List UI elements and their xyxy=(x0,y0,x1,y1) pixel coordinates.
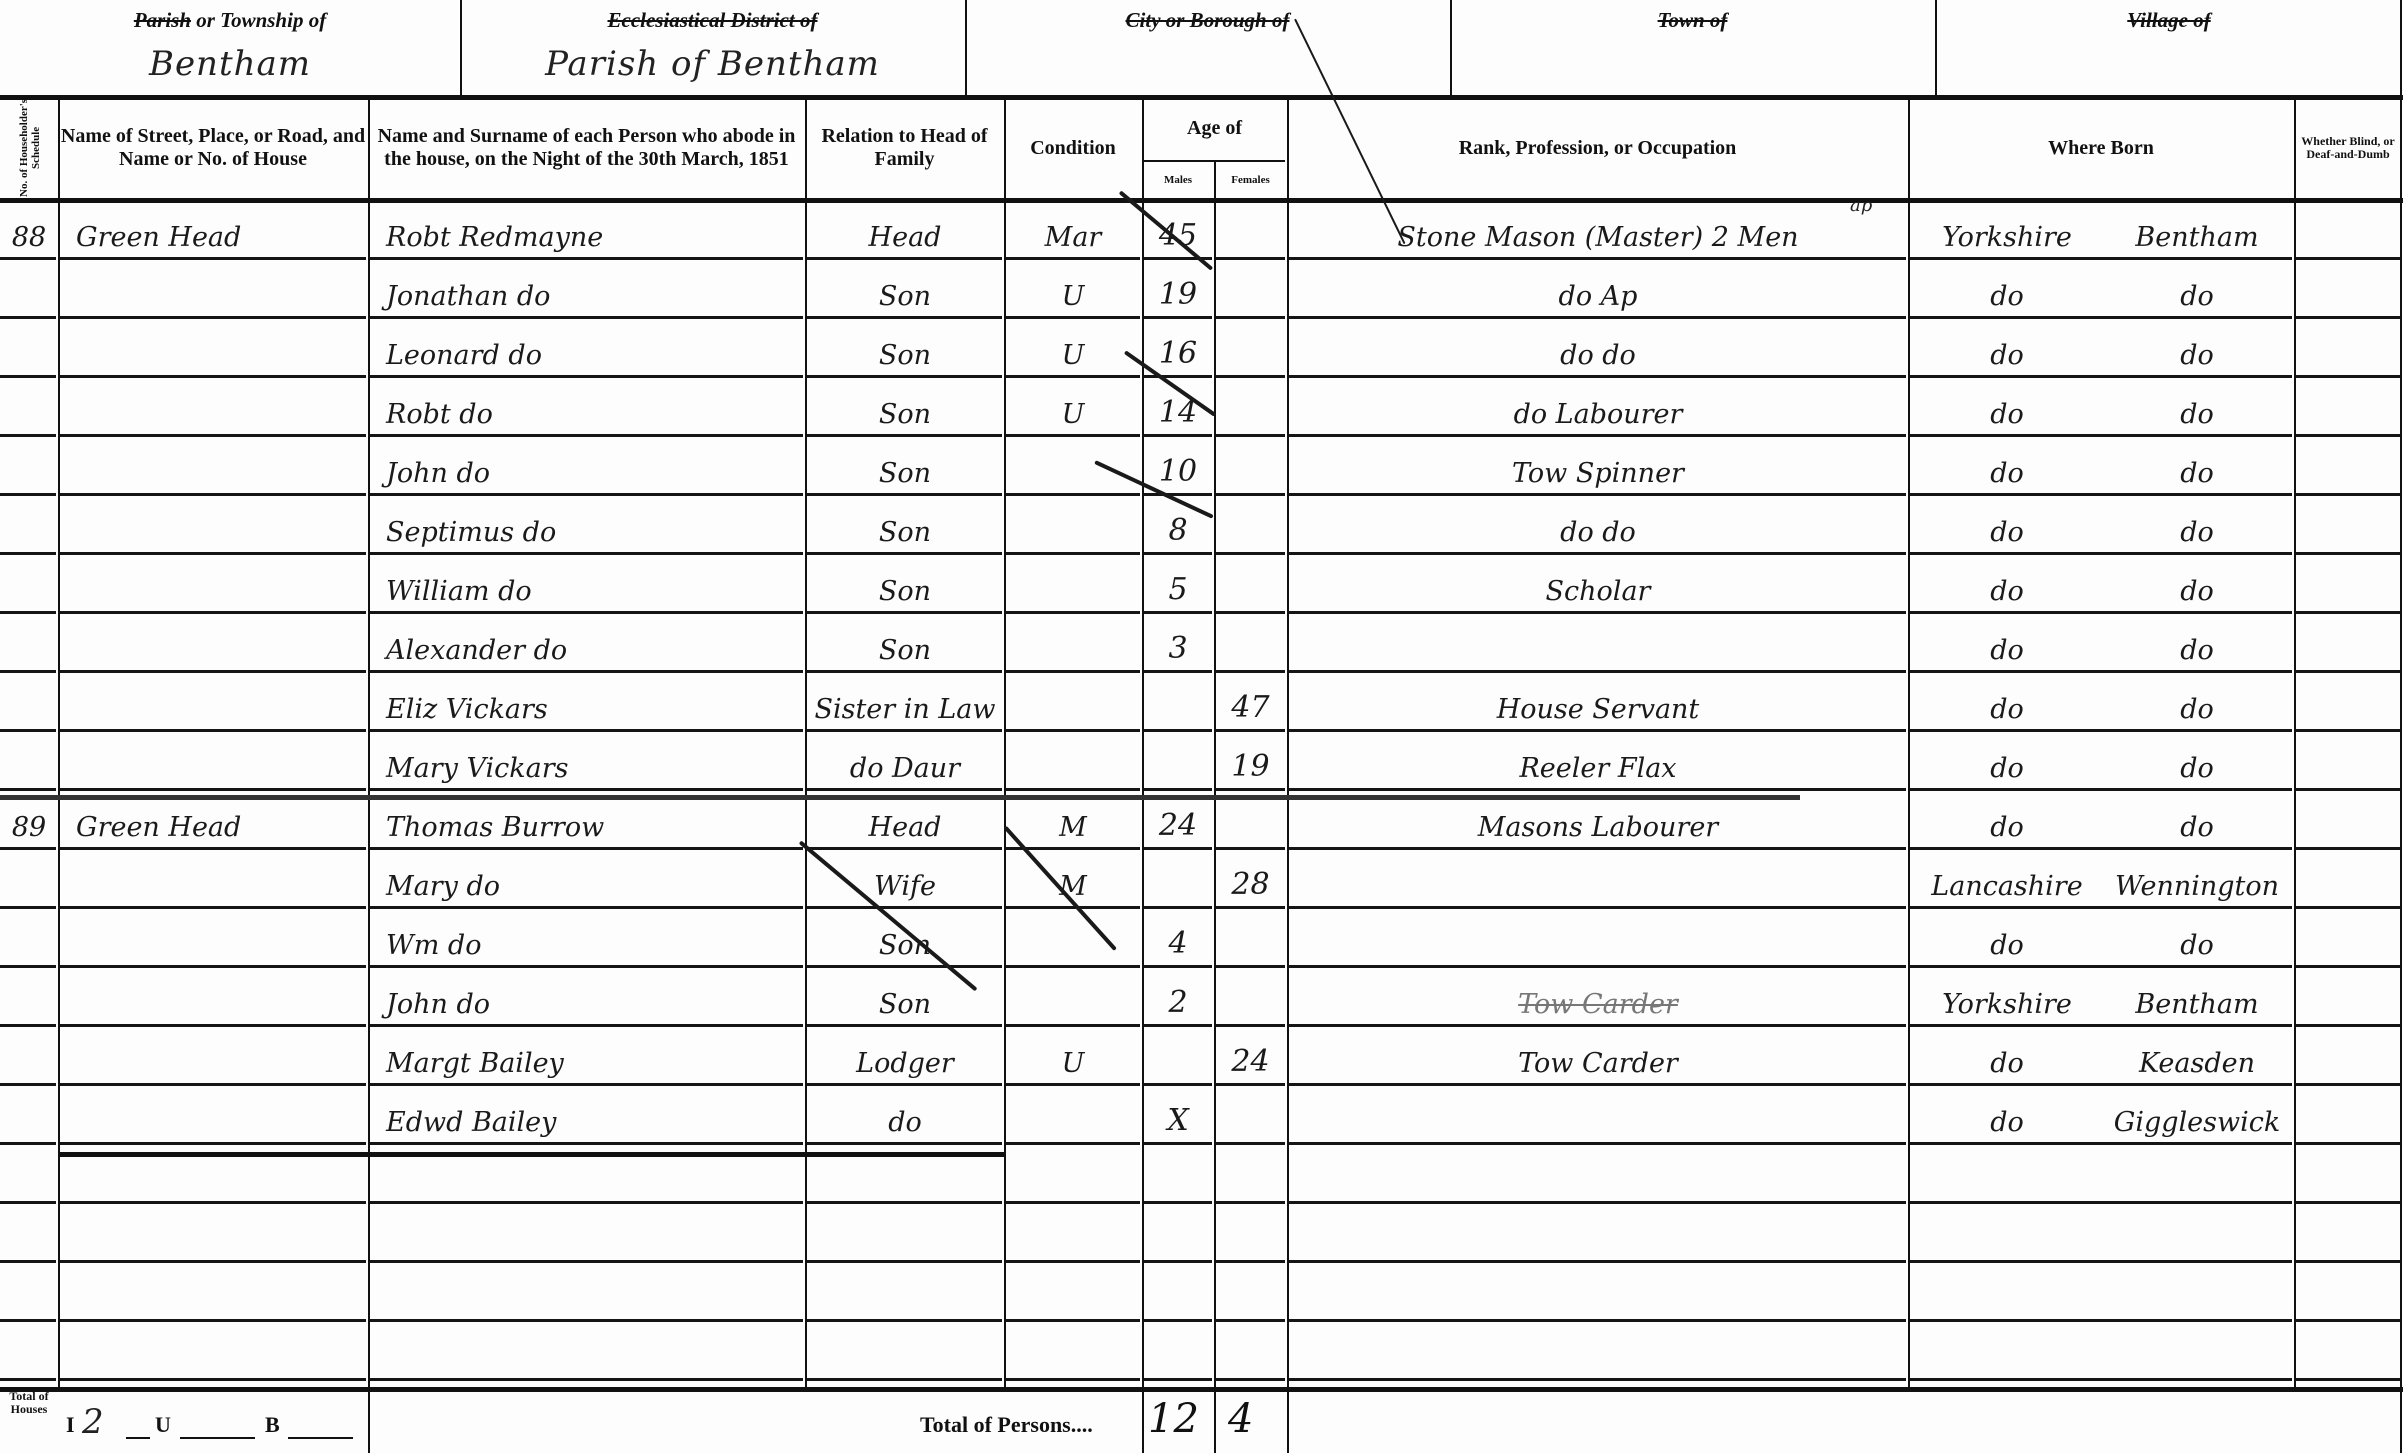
row-rule xyxy=(1144,906,1212,909)
age-female-cell xyxy=(1216,380,1285,434)
person-name-cell xyxy=(372,1265,803,1319)
occupation-cell: do Labourer xyxy=(1290,380,1906,434)
row-rule xyxy=(60,434,366,437)
table-row: 88Green HeadRobt RedmayneHeadMar45Stone … xyxy=(0,203,2403,260)
row-rule xyxy=(1216,965,1285,968)
row-rule xyxy=(1289,1378,1906,1381)
row-rule xyxy=(2296,729,2400,732)
row-rule xyxy=(1216,1260,1285,1263)
row-rule xyxy=(807,906,1002,909)
header-age-males: Males xyxy=(1144,162,1212,198)
row-rule xyxy=(2296,965,2400,968)
row-rule xyxy=(0,847,56,850)
row-rule xyxy=(1216,375,1285,378)
row-rule xyxy=(807,729,1002,732)
condition-cell: Mar xyxy=(1006,203,1140,257)
relation-cell: Son xyxy=(808,970,1002,1024)
street-cell xyxy=(62,1029,366,1083)
blind-cell xyxy=(2296,1147,2398,1201)
row-rule xyxy=(370,493,803,496)
person-name-cell: Robt Redmayne xyxy=(372,203,803,257)
district-label: City or Borough of xyxy=(965,8,1450,33)
row-rule xyxy=(370,1142,803,1145)
born-place-cell: do xyxy=(2102,557,2292,611)
inhabited-value: 2 xyxy=(82,1402,104,1442)
row-rule xyxy=(0,316,56,319)
relation-cell: Head xyxy=(808,793,1002,847)
divider xyxy=(1450,0,1452,95)
row-rule xyxy=(0,1319,56,1322)
row-rule xyxy=(370,847,803,850)
district-value: Parish of Bentham xyxy=(460,44,965,84)
row-rule xyxy=(370,1083,803,1086)
age-female-cell xyxy=(1216,616,1285,670)
row-rule xyxy=(370,434,803,437)
row-rule xyxy=(1144,965,1212,968)
row-rule xyxy=(1006,1201,1140,1204)
row-rule xyxy=(1216,788,1285,791)
header-age-females: Females xyxy=(1216,162,1285,198)
born-place-cell: do xyxy=(2102,262,2292,316)
row-rule xyxy=(370,1319,803,1322)
age-male-cell: 10 xyxy=(1144,439,1212,493)
schedule-no-cell xyxy=(2,1029,56,1083)
age-female-cell xyxy=(1216,262,1285,316)
condition-cell xyxy=(1006,734,1140,788)
row-rule xyxy=(1216,1378,1285,1381)
row-rule xyxy=(1910,670,2292,673)
age-female-cell xyxy=(1216,970,1285,1024)
row-rule xyxy=(370,316,803,319)
age-male-cell: 4 xyxy=(1144,911,1212,965)
row-rule xyxy=(1144,670,1212,673)
person-name-cell: Septimus do xyxy=(372,498,803,552)
header-schedule-no: No. of Householder's Schedule xyxy=(2,98,58,198)
row-rule xyxy=(1289,493,1906,496)
table-row xyxy=(0,1324,2403,1381)
row-rule xyxy=(1910,847,2292,850)
born-county-cell xyxy=(1912,1324,2102,1378)
row-rule xyxy=(1910,493,2292,496)
age-male-cell: 5 xyxy=(1144,557,1212,611)
schedule-no-cell: 89 xyxy=(2,793,56,847)
row-rule xyxy=(1144,1201,1212,1204)
row-rule xyxy=(1216,906,1285,909)
age-female-cell xyxy=(1216,439,1285,493)
street-cell xyxy=(62,1324,366,1378)
blind-cell xyxy=(2296,498,2398,552)
condition-cell xyxy=(1006,616,1140,670)
person-name-cell: Edwd Bailey xyxy=(372,1088,803,1142)
street-cell xyxy=(62,734,366,788)
row-rule xyxy=(2296,552,2400,555)
row-rule xyxy=(1289,729,1906,732)
row-rule xyxy=(0,1142,56,1145)
row-rule xyxy=(1216,552,1285,555)
blind-cell xyxy=(2296,911,2398,965)
row-rule xyxy=(807,316,1002,319)
row-rule xyxy=(1910,1142,2292,1145)
table-row xyxy=(0,1265,2403,1322)
schedule-no-cell xyxy=(2,498,56,552)
born-place-cell: do xyxy=(2102,616,2292,670)
age-male-cell: 2 xyxy=(1144,970,1212,1024)
row-rule xyxy=(1910,1260,2292,1263)
row-rule xyxy=(2296,611,2400,614)
row-rule xyxy=(1910,1201,2292,1204)
total-houses-label: Total of Houses xyxy=(2,1390,56,1416)
age-male-cell xyxy=(1144,1265,1212,1319)
born-county-cell: do xyxy=(1912,675,2102,729)
row-rule xyxy=(1910,729,2292,732)
condition-cell: M xyxy=(1006,852,1140,906)
row-rule xyxy=(1216,1319,1285,1322)
blind-cell xyxy=(2296,734,2398,788)
age-female-cell xyxy=(1216,1324,1285,1378)
district-label: Town of xyxy=(1450,8,1935,33)
born-place-cell xyxy=(2102,1265,2292,1319)
occupation-cell: do do xyxy=(1290,321,1906,375)
district-borough: City or Borough of xyxy=(965,0,1450,100)
relation-cell: Son xyxy=(808,321,1002,375)
age-male-cell: 45 xyxy=(1144,203,1212,257)
blind-cell xyxy=(2296,1029,2398,1083)
row-rule xyxy=(807,670,1002,673)
row-rule xyxy=(60,316,366,319)
row-rule xyxy=(2296,847,2400,850)
born-county-cell: do xyxy=(1912,380,2102,434)
row-rule xyxy=(1216,434,1285,437)
row-rule xyxy=(370,1260,803,1263)
born-place-cell: do xyxy=(2102,498,2292,552)
schedule-no-cell xyxy=(2,1265,56,1319)
schedule-no-cell xyxy=(2,439,56,493)
condition-cell xyxy=(1006,498,1140,552)
born-place-cell: Bentham xyxy=(2102,203,2292,257)
row-rule xyxy=(2296,906,2400,909)
row-rule xyxy=(1006,1142,1140,1145)
person-name-cell xyxy=(372,1324,803,1378)
row-rule xyxy=(1144,1083,1212,1086)
district-label: Ecclesiastical District of xyxy=(460,8,965,33)
row-rule xyxy=(1144,434,1212,437)
row-rule xyxy=(1289,375,1906,378)
row-rule xyxy=(1910,257,2292,260)
occupation-cell xyxy=(1290,852,1906,906)
person-name-cell: Leonard do xyxy=(372,321,803,375)
blind-cell xyxy=(2296,1088,2398,1142)
district-town: Town of xyxy=(1450,0,1935,100)
street-cell xyxy=(62,852,366,906)
born-place-cell: do xyxy=(2102,439,2292,493)
row-rule xyxy=(60,965,366,968)
row-rule xyxy=(807,1142,1002,1145)
street-cell xyxy=(62,616,366,670)
age-female-cell xyxy=(1216,203,1285,257)
age-male-cell: 24 xyxy=(1144,793,1212,847)
occupation-cell: Masons Labourer xyxy=(1290,793,1906,847)
born-place-cell xyxy=(2102,1324,2292,1378)
person-name-cell: Alexander do xyxy=(372,616,803,670)
row-rule xyxy=(370,906,803,909)
row-rule xyxy=(807,434,1002,437)
row-rule xyxy=(1216,493,1285,496)
born-place-cell: Keasden xyxy=(2102,1029,2292,1083)
table-row: Edwd BaileydoXdoGiggleswick xyxy=(0,1088,2403,1145)
row-rule xyxy=(1910,906,2292,909)
row-rule xyxy=(1006,257,1140,260)
total-persons-label: Total of Persons.... xyxy=(920,1412,1093,1438)
relation-cell: Son xyxy=(808,439,1002,493)
age-male-cell: 19 xyxy=(1144,262,1212,316)
row-rule xyxy=(0,611,56,614)
row-rule xyxy=(370,257,803,260)
row-rule xyxy=(1216,847,1285,850)
row-rule xyxy=(0,788,56,791)
age-male-cell xyxy=(1144,1029,1212,1083)
header-condition: Condition xyxy=(1006,98,1140,198)
street-cell xyxy=(62,439,366,493)
born-county-cell: Yorkshire xyxy=(1912,970,2102,1024)
row-rule xyxy=(0,670,56,673)
age-female-cell xyxy=(1216,793,1285,847)
born-place-cell: do xyxy=(2102,675,2292,729)
row-rule xyxy=(60,611,366,614)
row-rule xyxy=(1144,1024,1212,1027)
divider xyxy=(1935,0,1937,95)
table-row: Eliz VickarsSister in Law47House Servant… xyxy=(0,675,2403,732)
row-rule xyxy=(0,552,56,555)
person-name-cell: Mary do xyxy=(372,852,803,906)
household-separator xyxy=(0,795,1800,800)
row-rule xyxy=(1289,847,1906,850)
total-females: 4 xyxy=(1228,1396,1253,1442)
row-rule xyxy=(807,788,1002,791)
schedule-no-cell xyxy=(2,675,56,729)
row-rule xyxy=(807,847,1002,850)
totals-rule xyxy=(0,1387,2403,1392)
row-rule xyxy=(60,1024,366,1027)
row-rule xyxy=(60,729,366,732)
blind-cell xyxy=(2296,1324,2398,1378)
table-row: William doSon5Scholardodo xyxy=(0,557,2403,614)
row-rule xyxy=(370,729,803,732)
header-occupation: Rank, Profession, or Occupation xyxy=(1289,98,1906,198)
occupation-cell: do do xyxy=(1290,498,1906,552)
row-rule xyxy=(1289,257,1906,260)
blind-cell xyxy=(2296,380,2398,434)
born-place-cell: Wennington xyxy=(2102,852,2292,906)
street-cell xyxy=(62,1265,366,1319)
blind-cell xyxy=(2296,852,2398,906)
row-rule xyxy=(370,788,803,791)
condition-cell: U xyxy=(1006,1029,1140,1083)
row-rule xyxy=(807,257,1002,260)
row-rule xyxy=(1216,316,1285,319)
row-rule xyxy=(60,670,366,673)
row-rule xyxy=(370,670,803,673)
person-name-cell: William do xyxy=(372,557,803,611)
street-cell xyxy=(62,380,366,434)
row-rule xyxy=(1144,729,1212,732)
district-ecclesiastical: Ecclesiastical District of Parish of Ben… xyxy=(460,0,965,100)
row-rule xyxy=(1144,552,1212,555)
row-rule xyxy=(0,1260,56,1263)
row-rule xyxy=(1006,611,1140,614)
row-rule xyxy=(1289,788,1906,791)
schedule-no-cell xyxy=(2,1206,56,1260)
age-male-cell xyxy=(1144,1147,1212,1201)
person-name-cell: John do xyxy=(372,970,803,1024)
relation-cell: Son xyxy=(808,616,1002,670)
row-rule xyxy=(370,611,803,614)
row-rule xyxy=(1910,552,2292,555)
condition-cell xyxy=(1006,970,1140,1024)
age-female-cell xyxy=(1216,498,1285,552)
street-cell xyxy=(62,970,366,1024)
row-rule xyxy=(1006,375,1140,378)
row-rule xyxy=(1910,375,2292,378)
table-row: Septimus doSon8do dododo xyxy=(0,498,2403,555)
relation-cell: Son xyxy=(808,911,1002,965)
person-name-cell: Eliz Vickars xyxy=(372,675,803,729)
row-rule xyxy=(60,1260,366,1263)
born-county-cell: Lancashire xyxy=(1912,852,2102,906)
occupation-cell xyxy=(1290,1147,1906,1201)
header-name: Name and Surname of each Person who abod… xyxy=(370,98,803,198)
street-cell: Green Head xyxy=(62,793,366,847)
row-rule xyxy=(60,1083,366,1086)
row-rule xyxy=(60,552,366,555)
inhabited-prefix: I xyxy=(66,1412,75,1438)
row-rule xyxy=(1006,316,1140,319)
occupation-cell: Scholar xyxy=(1290,557,1906,611)
born-county-cell: do xyxy=(1912,616,2102,670)
row-rule xyxy=(1216,729,1285,732)
age-female-cell: 47 xyxy=(1216,675,1285,729)
condition-cell xyxy=(1006,1088,1140,1142)
occupation-cell: Reeler Flax xyxy=(1290,734,1906,788)
row-rule xyxy=(1910,1319,2292,1322)
row-rule xyxy=(1006,729,1140,732)
row-rule xyxy=(1216,1201,1285,1204)
age-female-cell xyxy=(1216,1265,1285,1319)
row-rule xyxy=(1144,611,1212,614)
table-row: John doSon10Tow Spinnerdodo xyxy=(0,439,2403,496)
condition-cell: M xyxy=(1006,793,1140,847)
born-place-cell xyxy=(2102,1206,2292,1260)
street-cell xyxy=(62,675,366,729)
district-label: Village of xyxy=(1935,8,2403,33)
born-county-cell xyxy=(1912,1206,2102,1260)
row-rule xyxy=(1910,611,2292,614)
street-cell xyxy=(62,498,366,552)
row-rule xyxy=(1289,965,1906,968)
relation-cell: do Daur xyxy=(808,734,1002,788)
row-rule xyxy=(1289,670,1906,673)
row-rule xyxy=(2296,1378,2400,1381)
row-rule xyxy=(1910,316,2292,319)
occupation-cell: Tow Spinner xyxy=(1290,439,1906,493)
district-parish: Parish or Township of Bentham xyxy=(0,0,460,100)
row-rule xyxy=(807,611,1002,614)
relation-cell: do xyxy=(808,1088,1002,1142)
blind-cell xyxy=(2296,203,2398,257)
age-female-cell: 24 xyxy=(1216,1029,1285,1083)
born-county-cell: do xyxy=(1912,321,2102,375)
table-row: Margt BaileyLodgerU24Tow CarderdoKeasden xyxy=(0,1029,2403,1086)
divider xyxy=(460,0,462,95)
relation-cell: Head xyxy=(808,203,1002,257)
row-rule xyxy=(370,552,803,555)
household-end-line xyxy=(60,1152,1005,1157)
schedule-no-cell xyxy=(2,911,56,965)
age-female-cell xyxy=(1216,1088,1285,1142)
blind-cell xyxy=(2296,793,2398,847)
occupation-cell xyxy=(1290,1088,1906,1142)
age-male-cell xyxy=(1144,675,1212,729)
relation-cell: Son xyxy=(808,262,1002,316)
schedule-no-cell xyxy=(2,616,56,670)
person-name-cell: Jonathan do xyxy=(372,262,803,316)
blind-cell xyxy=(2296,970,2398,1024)
header-where-born: Where Born xyxy=(1910,98,2292,198)
row-rule xyxy=(60,1319,366,1322)
occupation-cell xyxy=(1290,1206,1906,1260)
row-rule xyxy=(2296,1260,2400,1263)
table-row: Mary Vickarsdo Daur19Reeler Flaxdodo xyxy=(0,734,2403,791)
row-rule xyxy=(1910,1083,2292,1086)
occupation-cell xyxy=(1290,616,1906,670)
relation-cell xyxy=(808,1206,1002,1260)
age-male-cell: 16 xyxy=(1144,321,1212,375)
table-row: Jonathan doSonU19do Apdodo xyxy=(0,262,2403,319)
age-male-cell: X xyxy=(1144,1088,1212,1142)
row-rule xyxy=(1289,1142,1906,1145)
age-female-cell xyxy=(1216,557,1285,611)
row-rule xyxy=(2296,316,2400,319)
row-rule xyxy=(0,1201,56,1204)
row-rule xyxy=(1006,670,1140,673)
age-female-cell: 19 xyxy=(1216,734,1285,788)
row-rule xyxy=(1289,1083,1906,1086)
born-place-cell: Giggleswick xyxy=(2102,1088,2292,1142)
row-rule xyxy=(60,847,366,850)
table-row: 89Green HeadThomas BurrowHeadM24Masons L… xyxy=(0,793,2403,850)
row-rule xyxy=(1910,434,2292,437)
row-rule xyxy=(1216,1024,1285,1027)
row-rule xyxy=(0,965,56,968)
row-rule xyxy=(60,257,366,260)
relation-cell: Son xyxy=(808,557,1002,611)
table-row xyxy=(0,1206,2403,1263)
header-age: Age of xyxy=(1144,98,1285,158)
row-rule xyxy=(1006,965,1140,968)
street-cell xyxy=(62,262,366,316)
relation-cell: Son xyxy=(808,380,1002,434)
street-cell xyxy=(62,1088,366,1142)
condition-cell: U xyxy=(1006,380,1140,434)
row-rule xyxy=(0,1024,56,1027)
condition-cell xyxy=(1006,911,1140,965)
row-rule xyxy=(1216,1142,1285,1145)
row-rule xyxy=(1144,1378,1212,1381)
person-name-cell: Robt do xyxy=(372,380,803,434)
born-place-cell: do xyxy=(2102,734,2292,788)
row-rule xyxy=(807,1260,1002,1263)
table-row: Leonard doSonU16do dododo xyxy=(0,321,2403,378)
table-row: Mary doWifeM28LancashireWennington xyxy=(0,852,2403,909)
